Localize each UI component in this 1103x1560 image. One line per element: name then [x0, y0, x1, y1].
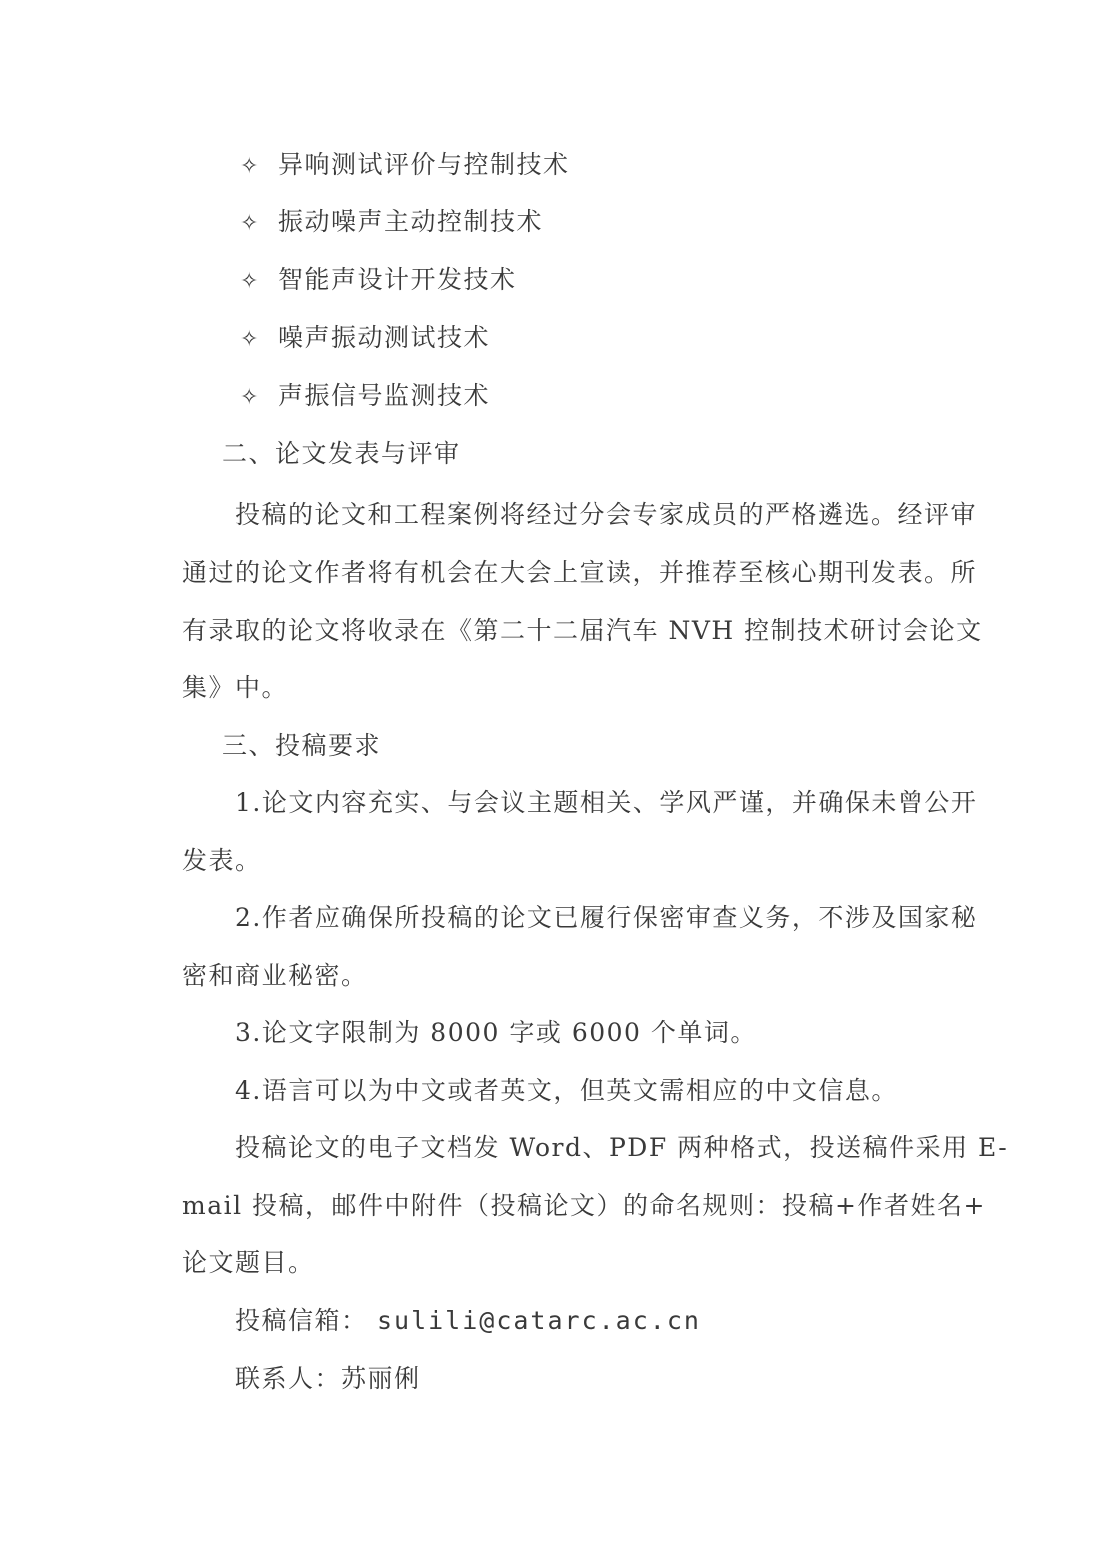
- bullet-item: ✧噪声振动测试技术: [240, 323, 490, 355]
- email-label: 投稿信箱：: [235, 1306, 368, 1335]
- requirement-item-1-cont: 发表。: [182, 846, 262, 876]
- paragraph-line: 通过的论文作者将有机会在大会上宣读，并推荐至核心期刊发表。所: [182, 558, 946, 588]
- bullet-item: ✧异响测试评价与控制技术: [240, 150, 570, 182]
- email-row: 投稿信箱： sulili@catarc.ac.cn: [182, 1306, 701, 1336]
- submission-line: 论文题目。: [182, 1248, 315, 1278]
- requirement-item-1: 1.论文内容充实、与会议主题相关、学风严谨，并确保未曾公开: [182, 788, 946, 818]
- bullet-item: ✧声振信号监测技术: [240, 381, 490, 413]
- requirement-item-2-cont: 密和商业秘密。: [182, 961, 368, 991]
- bullet-item: ✧智能声设计开发技术: [240, 265, 517, 297]
- bullet-item: ✧振动噪声主动控制技术: [240, 207, 543, 239]
- submission-line: 投稿论文的电子文档发 Word、PDF 两种格式，投送稿件采用 E-: [182, 1133, 946, 1163]
- submission-line: mail 投稿，邮件中附件（投稿论文）的命名规则：投稿+作者姓名+: [182, 1191, 946, 1221]
- contact-name: 苏丽俐: [341, 1364, 421, 1393]
- contact-row: 联系人：苏丽俐: [182, 1364, 421, 1394]
- requirement-item-4: 4.语言可以为中文或者英文，但英文需相应的中文信息。: [182, 1076, 898, 1106]
- diamond-star-icon: ✧: [240, 267, 278, 297]
- contact-label: 联系人：: [235, 1364, 341, 1393]
- section-heading-requirements: 三、投稿要求: [222, 731, 381, 761]
- paragraph-line: 投稿的论文和工程案例将经过分会专家成员的严格遴选。经评审: [182, 500, 946, 530]
- diamond-star-icon: ✧: [240, 383, 278, 413]
- paragraph-line: 集》中。: [182, 673, 288, 703]
- requirement-item-3: 3.论文字限制为 8000 字或 6000 个单词。: [182, 1018, 757, 1048]
- diamond-star-icon: ✧: [240, 325, 278, 355]
- paragraph-line: 有录取的论文将收录在《第二十二届汽车 NVH 控制技术研讨会论文: [182, 616, 946, 646]
- section-heading-review: 二、论文发表与评审: [222, 439, 461, 469]
- requirement-item-2: 2.作者应确保所投稿的论文已履行保密审查义务，不涉及国家秘: [182, 903, 946, 933]
- diamond-star-icon: ✧: [240, 209, 278, 239]
- email-address[interactable]: sulili@catarc.ac.cn: [377, 1306, 701, 1335]
- diamond-star-icon: ✧: [240, 152, 278, 182]
